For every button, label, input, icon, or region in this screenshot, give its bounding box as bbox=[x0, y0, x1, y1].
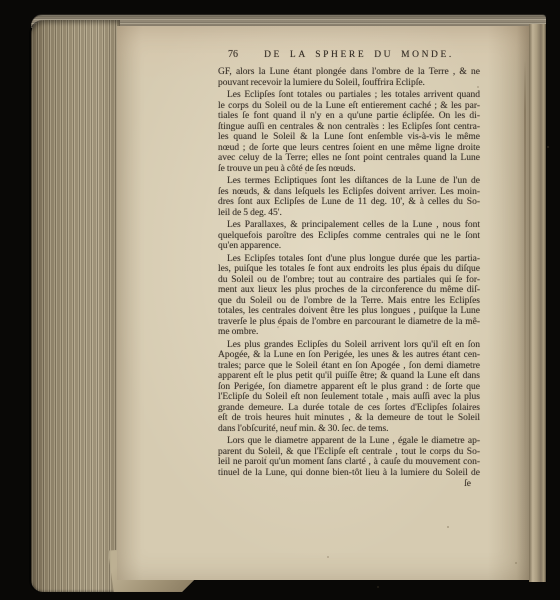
text-line: pouvant recevoir la lumiere du Soleil, ſ… bbox=[218, 78, 480, 89]
text-line: ment aux lieux les plus proches de la ci… bbox=[218, 285, 480, 296]
text-line: ſon Perigée, ſon diametre apparent eſt l… bbox=[218, 382, 480, 393]
text-line: eſt de trois heures huit minutes , & la … bbox=[218, 413, 480, 424]
text-line: traverſe le plus épais de l'ombre en par… bbox=[218, 317, 480, 328]
book-gutter bbox=[529, 24, 546, 582]
text-line: les quand le Soleil & la Lune ſont enſem… bbox=[218, 132, 480, 143]
text-line: trales; parce que le Soleil étant en ſon… bbox=[218, 361, 480, 372]
text-line: le corps du Soleil ou de la Lune eſt ent… bbox=[218, 101, 480, 112]
text-line: que du Soleil ou de l'ombre de la Terre.… bbox=[218, 296, 480, 307]
text-line: quelquefois paroître des Eclipſes comme … bbox=[218, 231, 480, 242]
text-line: du Soleil ou de l'ombre; tout au contrai… bbox=[218, 275, 480, 286]
text-line: qu'en apparence. bbox=[218, 241, 480, 252]
page-crease bbox=[524, 60, 526, 480]
text-line: ſes nœuds, & dans leſquels les Eclipſes … bbox=[218, 187, 480, 198]
text-line: tiales ſe font quand il n'y en a qu'une … bbox=[218, 111, 480, 122]
text-line: grande demeure. La durée totale de ces ſ… bbox=[218, 403, 480, 414]
text-column: 76 DE LA SPHERE DU MONDE. GF, alors la L… bbox=[218, 50, 480, 490]
text-line: apparent eſt le plus petit qu'il puiſſe … bbox=[218, 371, 480, 382]
text-line: me ombre. bbox=[218, 327, 480, 338]
text-line: ſtingue auſſi en centrales & non central… bbox=[218, 122, 480, 133]
text-line: Les Eclipſes ſont totales ou partiales ;… bbox=[218, 90, 480, 101]
page-header: 76 DE LA SPHERE DU MONDE. bbox=[218, 50, 480, 63]
text-line: Les Parallaxes, & principalement celles … bbox=[218, 220, 480, 231]
paragraph: GF, alors la Lune étant plongée dans l'o… bbox=[218, 67, 480, 88]
paragraph: Les Eclipſes ſont totales ou partiales ;… bbox=[218, 90, 480, 174]
paragraph: Les Eclipſes totales ſont d'une plus lon… bbox=[218, 254, 480, 338]
text-line: l'Eclipſe du Soleil eſt non ſeulement to… bbox=[218, 392, 480, 403]
text-block: GF, alors la Lune étant plongée dans l'o… bbox=[218, 67, 480, 478]
paragraph: Les Parallaxes, & principalement celles … bbox=[218, 220, 480, 252]
text-line: nœud ; de ſorte que leurs centres ſoient… bbox=[218, 143, 480, 154]
text-line: totales, les centrales doivent être les … bbox=[218, 306, 480, 317]
text-line: dres ſont aux Eclipſes de Lune de 11 deg… bbox=[218, 197, 480, 208]
text-line: ſe trouve un peu à côté de ſes nœuds. bbox=[218, 164, 480, 175]
text-line: avec celuy de la Terre; elles ne ſont po… bbox=[218, 153, 480, 164]
catchword: ſe bbox=[218, 479, 480, 490]
book-fore-edge bbox=[31, 20, 120, 592]
page-number: 76 bbox=[228, 50, 238, 61]
text-line: leil de 5 deg. 45'. bbox=[218, 208, 480, 219]
text-line: Apogée, & la Lune en ſon Perigée, les un… bbox=[218, 350, 480, 361]
text-line: les, puiſque les totales ſe font aux end… bbox=[218, 264, 480, 275]
paragraph: Les termes Ecliptiques ſont les diſtance… bbox=[218, 176, 480, 218]
text-line: leil ne paroit qu'un moment ſans clarté … bbox=[218, 457, 480, 468]
text-line: Les Eclipſes totales ſont d'une plus lon… bbox=[218, 254, 480, 265]
text-line: Lors que le diametre apparent de la Lune… bbox=[218, 436, 480, 447]
text-line: GF, alors la Lune étant plongée dans l'o… bbox=[218, 67, 480, 78]
text-line: tinuel de la Lune, qui donne bien-tôt li… bbox=[218, 468, 480, 479]
paper-specks bbox=[117, 26, 119, 28]
text-line: dans l'obſcurité, neuf min. & 30. ſec. d… bbox=[218, 424, 480, 435]
paragraph: Les plus grandes Eclipſes du Soleil arri… bbox=[218, 340, 480, 435]
running-title: DE LA SPHERE DU MONDE. bbox=[238, 50, 480, 61]
paragraph: Lors que le diametre apparent de la Lune… bbox=[218, 436, 480, 478]
text-line: Les termes Ecliptiques ſont les diſtance… bbox=[218, 176, 480, 187]
text-line: parent du Soleil, & que l'Eclipſe eſt ce… bbox=[218, 447, 480, 458]
text-line: Les plus grandes Eclipſes du Soleil arri… bbox=[218, 340, 480, 351]
